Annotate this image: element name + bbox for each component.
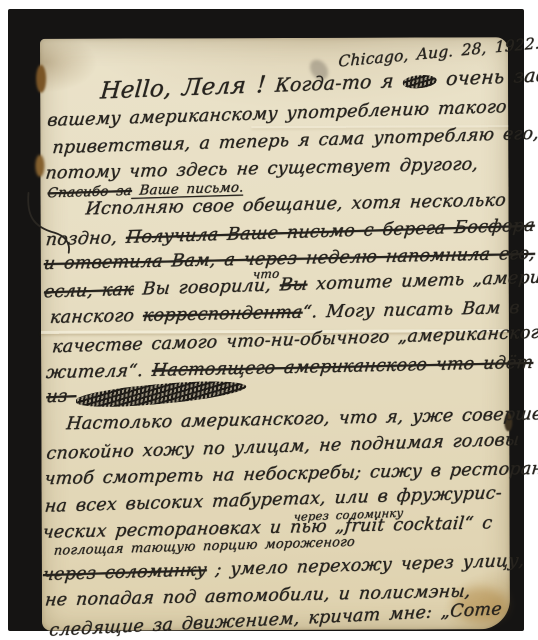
text-segment: поздно,	[45, 228, 127, 250]
manuscript-line: спокойно хожу по улицам, не поднимая гол…	[46, 430, 521, 464]
text-segment: Вы говорили,	[133, 275, 281, 299]
manuscript-line: потому что здесь не существует другого,	[44, 154, 479, 183]
manuscript-line: приветствия, а теперь я сама употребляю …	[52, 124, 538, 159]
letter-paper: Chicago, Aug. 28, 1922. Hello, Леля ! Ко…	[40, 37, 510, 631]
text-segment: на всех высоких табуретах, или в фружури…	[44, 483, 503, 517]
text-segment: жителя“.	[45, 361, 153, 383]
scribble-blob	[403, 73, 437, 89]
text-segment: Настоящего американского что идёт	[151, 353, 534, 381]
photo-frame: Chicago, Aug. 28, 1922. Hello, Леля ! Ко…	[8, 9, 524, 631]
text-segment: канского	[49, 306, 144, 328]
text-segment: “. Могу писать Вам в	[302, 298, 521, 323]
text-segment: через соломинку	[42, 560, 208, 585]
text-segment: корреспондента	[142, 303, 304, 326]
screenshot-root: { "photo": { "background_color": "#fffff…	[0, 0, 538, 640]
text-segment: спокойно хожу по улицам, не поднимая гол…	[46, 430, 521, 464]
manuscript-line: из	[45, 380, 247, 408]
manuscript-line: если, как Вы говорили, Вы хотите иметь „…	[43, 267, 538, 302]
text-segment: Получила Ваше письмо с берега Босфора	[125, 216, 536, 248]
text-segment: ; умело перехожу через улицу,	[206, 551, 526, 580]
text-segment: из	[45, 386, 77, 407]
text-segment: Hello, Леля !	[99, 71, 267, 104]
text-segment: хотите иметь „амери-	[306, 267, 538, 294]
manuscript-line: на всех высоких табуретах, или в фружури…	[44, 483, 503, 517]
text-segment: приветствия, а теперь я сама употребляю …	[52, 124, 538, 159]
manuscript-line: жителя“. Настоящего американского что ид…	[45, 353, 534, 383]
text-segment: если, как	[43, 280, 135, 303]
manuscript-line: Настолько американского, что я, уже сове…	[65, 403, 538, 434]
text-segment: Настолько американского, что я, уже сове…	[65, 403, 538, 434]
text-segment: потому что здесь не существует другого,	[44, 154, 479, 183]
text-segment: очень завидовала	[436, 61, 538, 91]
text-segment: качестве самого что-ни-обычного „америка…	[51, 322, 538, 357]
manuscript-text: Chicago, Aug. 28, 1922. Hello, Леля ! Ко…	[40, 37, 510, 631]
text-segment: Когда-то я	[265, 70, 404, 97]
manuscript-line: качестве самого что-ни-обычного „америка…	[51, 322, 538, 357]
manuscript-line: канского корреспондента“. Могу писать Ва…	[49, 298, 521, 328]
text-segment: Вы	[279, 275, 308, 296]
